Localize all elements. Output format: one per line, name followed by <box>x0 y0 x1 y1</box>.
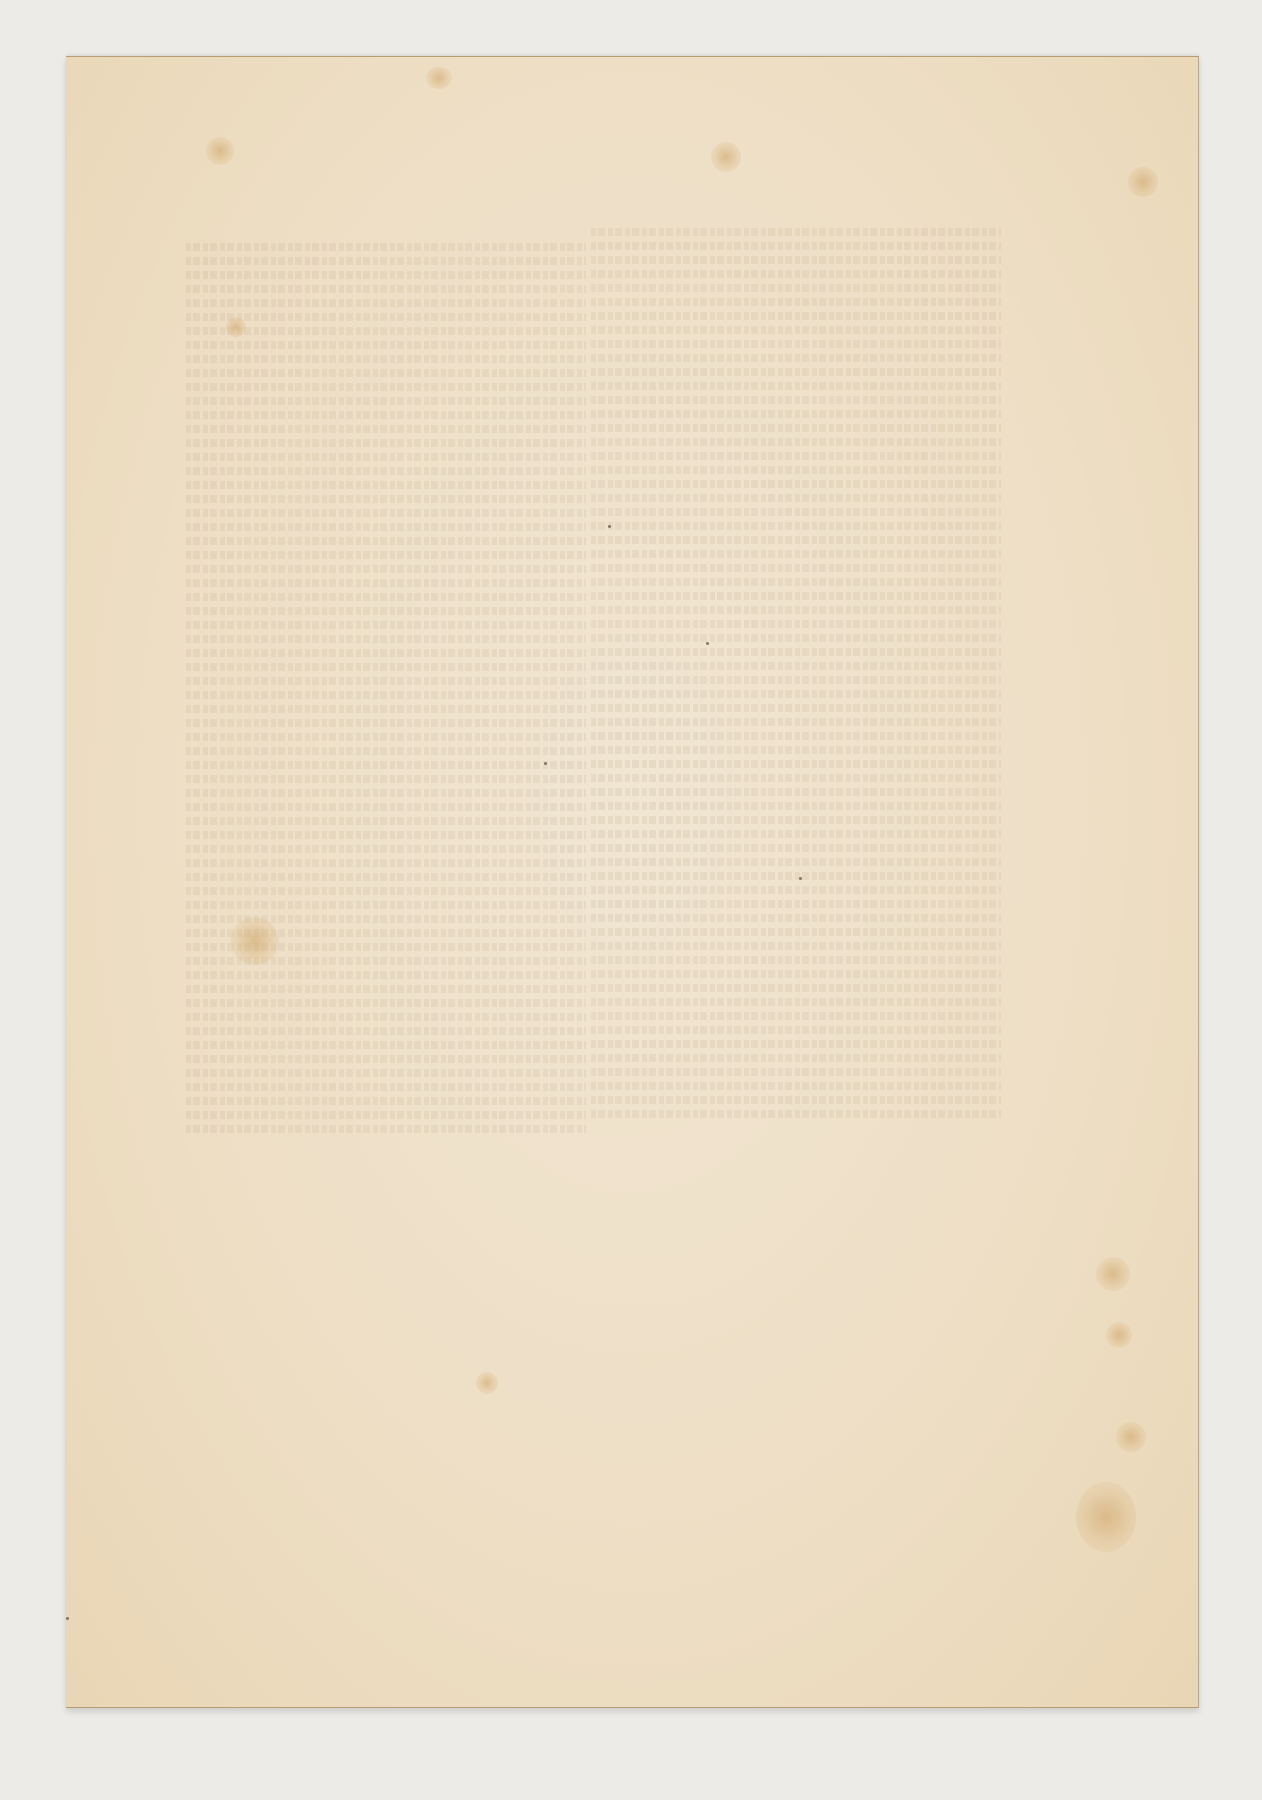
foxing-stain <box>1076 1482 1136 1552</box>
show-through-right-column <box>591 222 1001 1532</box>
paper-sheet <box>66 56 1199 1708</box>
foxing-stain <box>1096 1257 1130 1291</box>
foxing-stain <box>476 1372 498 1394</box>
foxing-stain <box>1106 1322 1132 1348</box>
foxing-stain <box>226 317 246 337</box>
speck <box>66 1617 69 1620</box>
speck <box>544 762 547 765</box>
foxing-stain <box>711 142 741 172</box>
foxing-stain <box>206 137 234 165</box>
speck <box>799 877 802 880</box>
speck <box>706 642 709 645</box>
foxing-stain <box>1128 167 1158 197</box>
show-through-left-column <box>186 237 586 1527</box>
foxing-stain <box>1116 1422 1146 1452</box>
foxing-stain <box>231 917 279 965</box>
speck <box>608 525 611 528</box>
foxing-stain <box>426 67 452 89</box>
